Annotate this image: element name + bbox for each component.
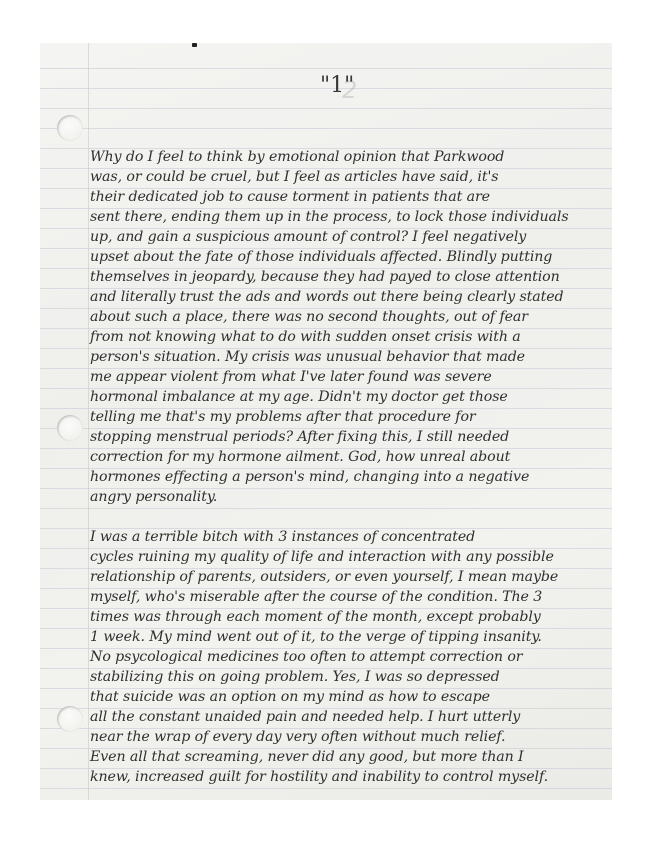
text-line: their dedicated job to cause torment in … (90, 187, 605, 207)
text-line: Even all that screaming, never did any g… (90, 747, 605, 767)
punch-hole-middle (57, 415, 83, 441)
paragraph-2: I was a terrible bitch with 3 instances … (90, 527, 605, 787)
text-line: was, or could be cruel, but I feel as ar… (90, 167, 605, 187)
text-line: correction for my hormone ailment. God, … (90, 447, 605, 467)
text-line: myself, who's miserable after the course… (90, 587, 605, 607)
text-line: all the constant unaided pain and needed… (90, 707, 605, 727)
text-line: hormonal imbalance at my age. Didn't my … (90, 387, 605, 407)
margin-line (88, 43, 89, 800)
text-line: near the wrap of every day very often wi… (90, 727, 605, 747)
text-line: sent there, ending them up in the proces… (90, 207, 605, 227)
text-line: from not knowing what to do with sudden … (90, 327, 605, 347)
text-line: 1 week. My mind went out of it, to the v… (90, 627, 605, 647)
text-line: that suicide was an option on my mind as… (90, 687, 605, 707)
text-line: knew, increased guilt for hostility and … (90, 767, 605, 787)
text-line: telling me that's my problems after that… (90, 407, 605, 427)
text-line: Why do I feel to think by emotional opin… (90, 147, 605, 167)
text-line: me appear violent from what I've later f… (90, 367, 605, 387)
text-line: themselves in jeopardy, because they had… (90, 267, 605, 287)
page-title: "1" (320, 73, 350, 98)
ink-mark (192, 43, 197, 47)
paragraph-gap (90, 507, 605, 527)
text-line: times was through each moment of the mon… (90, 607, 605, 627)
text-line: I was a terrible bitch with 3 instances … (90, 527, 605, 547)
paragraph-1: Why do I feel to think by emotional opin… (90, 147, 605, 507)
text-line: relationship of parents, outsiders, or e… (90, 567, 605, 587)
text-line: cycles ruining my quality of life and in… (90, 547, 605, 567)
text-line: about such a place, there was no second … (90, 307, 605, 327)
text-line: No psycological medicines too often to a… (90, 647, 605, 667)
text-line: upset about the fate of those individual… (90, 247, 605, 267)
punch-hole-top (57, 115, 83, 141)
text-line: and literally trust the ads and words ou… (90, 287, 605, 307)
text-line: stopping menstrual periods? After fixing… (90, 427, 605, 447)
text-line: up, and gain a suspicious amount of cont… (90, 227, 605, 247)
text-line: stabilizing this on going problem. Yes, … (90, 667, 605, 687)
text-line: angry personality. (90, 487, 605, 507)
text-line: person's situation. My crisis was unusua… (90, 347, 605, 367)
punch-hole-bottom (57, 706, 83, 732)
text-line: hormones effecting a person's mind, chan… (90, 467, 605, 487)
notebook-page: 2 "1" Why do I feel to think by emotiona… (40, 43, 612, 800)
handwritten-body: Why do I feel to think by emotional opin… (90, 147, 605, 787)
